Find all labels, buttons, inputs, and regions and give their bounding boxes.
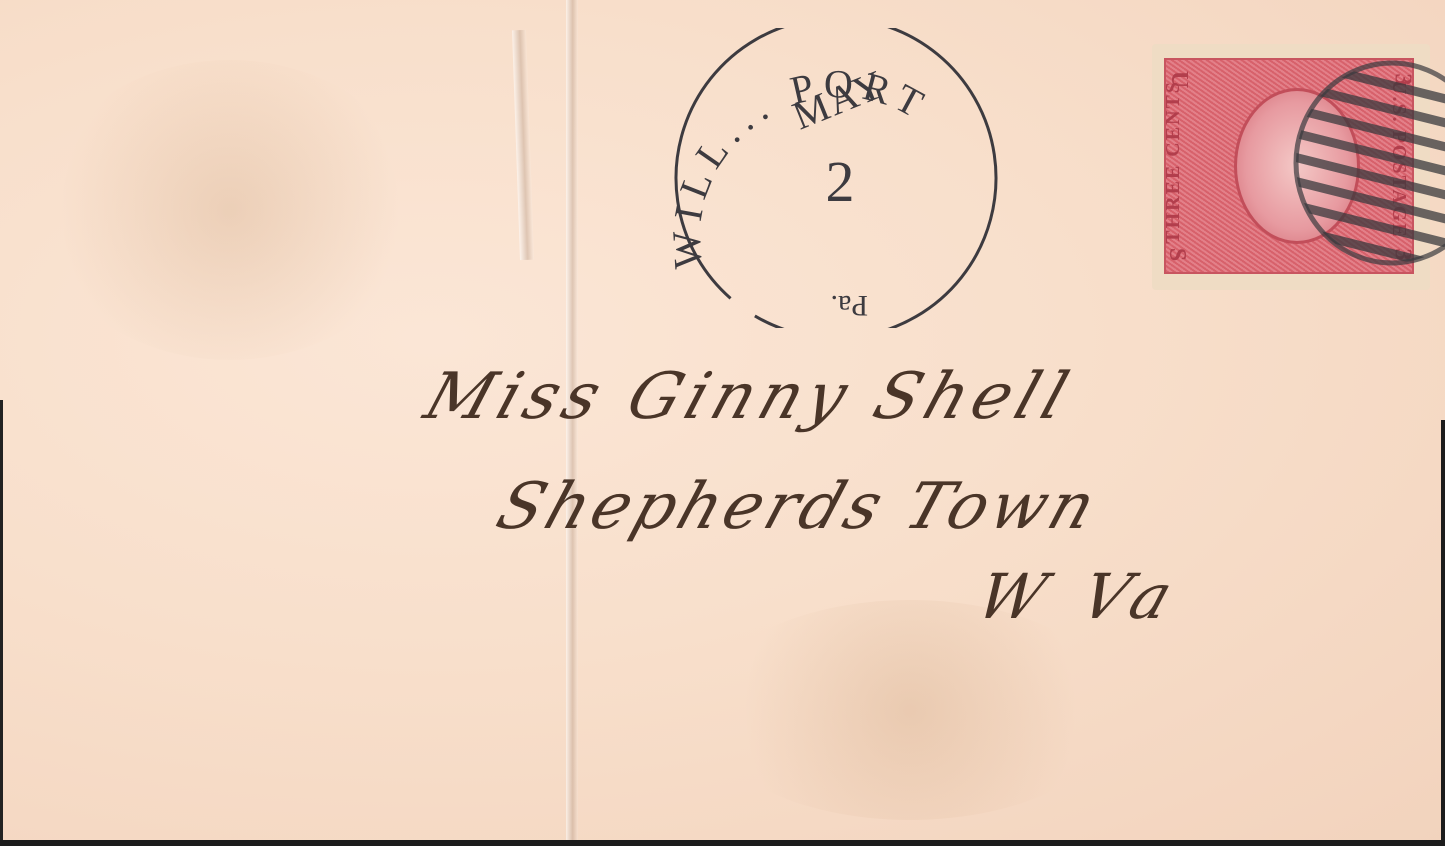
scan-border [0, 836, 1445, 846]
postage-stamp: THREE CENTS U.S. POSTAGE U S 3 3 [1152, 44, 1430, 290]
circular-postmark: WILL... PORT Pa. MAY 2 [654, 28, 1018, 328]
paper-crease [512, 30, 534, 260]
address-recipient: Miss Ginny Shell [416, 360, 1082, 434]
stamp-corner: S [1163, 248, 1190, 261]
postmark-state: Pa. [831, 289, 869, 322]
stamp-corner: U [1165, 71, 1192, 88]
paper-stain [700, 600, 1120, 820]
grid-cancel [1292, 58, 1445, 268]
postmark-day: 2 [810, 148, 870, 215]
address-state: W Va [968, 560, 1191, 633]
envelope: WILL... PORT Pa. MAY 2 THREE CENTS U.S. … [0, 0, 1445, 846]
scan-border [1439, 420, 1445, 846]
address-town: Shepherds Town [488, 470, 1108, 544]
paper-stain [40, 60, 420, 360]
scan-border [0, 400, 8, 846]
stamp-denomination: THREE CENTS [1162, 80, 1185, 244]
